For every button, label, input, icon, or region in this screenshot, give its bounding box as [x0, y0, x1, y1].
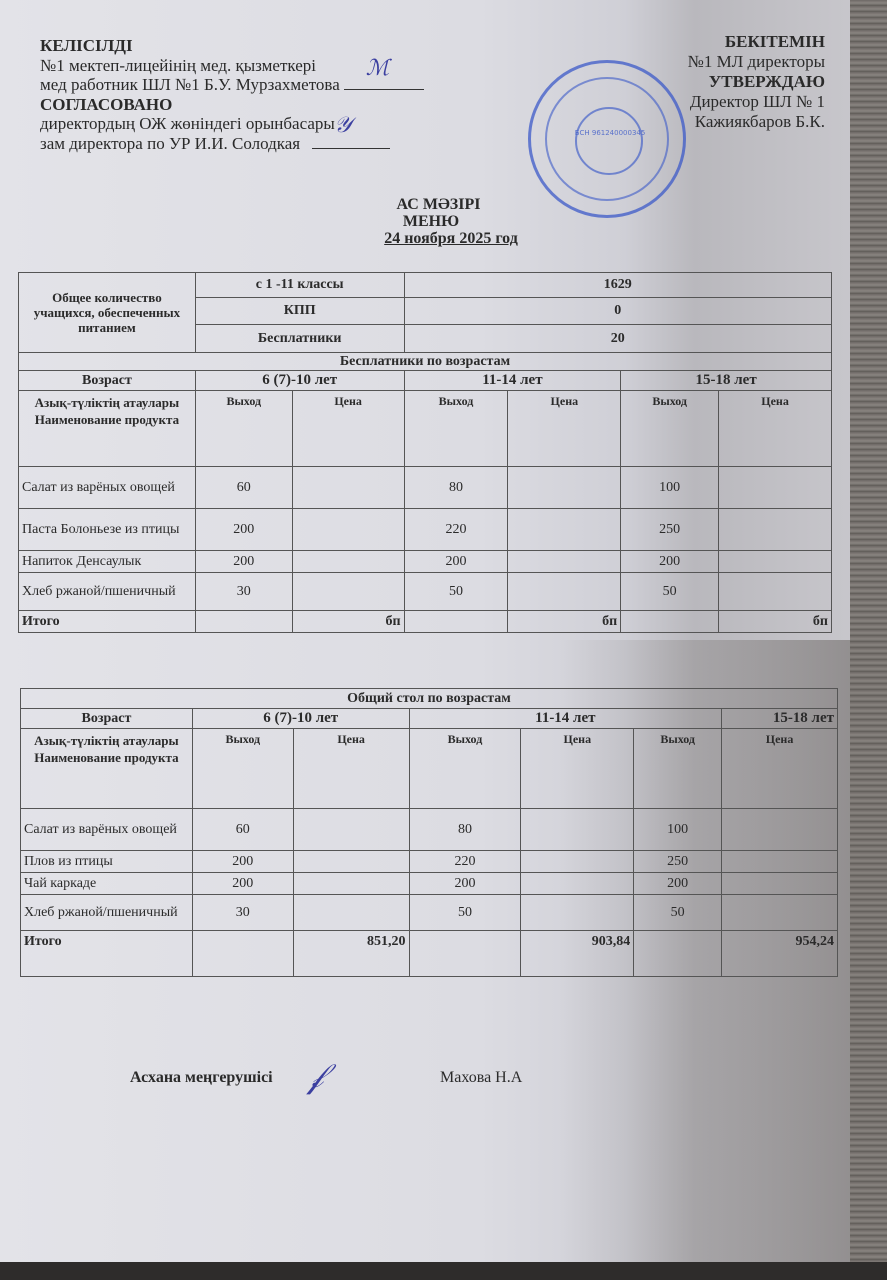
output-cell: 50	[404, 573, 508, 611]
price-header: Цена	[719, 391, 832, 467]
output-cell: 200	[634, 873, 722, 895]
director-line-kz: №1 МЛ директоры	[688, 52, 825, 72]
canteen-manager-label: Асхана меңгерушісі	[130, 1069, 273, 1087]
output-cell: 200	[404, 551, 508, 573]
product-name: Напиток Денсаулык	[19, 551, 196, 573]
price-header: Цена	[508, 391, 621, 467]
total-cell	[404, 611, 508, 633]
output-cell: 200	[409, 873, 521, 895]
price-cell	[521, 809, 634, 851]
output-cell: 60	[195, 467, 292, 509]
price-cell	[719, 551, 832, 573]
approval-block-left: КЕЛІСІЛДІ №1 мектеп-лицейінің мед. қызме…	[40, 36, 424, 153]
approve-title-kz: БЕКІТЕМІН	[688, 32, 825, 52]
product-name: Хлеб ржаной/пшеничный	[21, 895, 193, 931]
summary-row-label: с 1 -11 классы	[195, 273, 404, 298]
price-cell	[508, 573, 621, 611]
output-header: Выход	[621, 391, 719, 467]
price-cell	[292, 509, 404, 551]
total-cell: 954,24	[722, 931, 838, 977]
product-name: Салат из варёных овощей	[19, 467, 196, 509]
product-name-header: Азық-түліктің атаулары Наименование прод…	[19, 391, 196, 467]
output-header: Выход	[192, 729, 293, 809]
price-cell	[292, 573, 404, 611]
age-label: Возраст	[21, 709, 193, 729]
output-cell: 220	[404, 509, 508, 551]
price-cell	[521, 895, 634, 931]
total-cell	[621, 611, 719, 633]
table-row: Плов из птицы200220250	[21, 851, 838, 873]
price-cell	[292, 467, 404, 509]
summary-row-value: 20	[404, 325, 831, 353]
menu-title: АС МӘЗІРІ МЕНЮ 24 ноября 2025 год	[0, 196, 887, 247]
age-group-header: 6 (7)-10 лет	[195, 371, 404, 391]
output-cell: 200	[192, 851, 293, 873]
product-name: Паста Болоньезе из птицы	[19, 509, 196, 551]
menu-date: 24 ноября 2025 год	[15, 230, 887, 247]
age-group-header: 15-18 лет	[722, 709, 838, 729]
canteen-manager-name: Махова Н.А	[440, 1069, 522, 1087]
output-cell: 80	[404, 467, 508, 509]
price-cell	[719, 467, 832, 509]
output-cell: 30	[195, 573, 292, 611]
age-group-header: 6 (7)-10 лет	[192, 709, 409, 729]
price-cell	[293, 851, 409, 873]
menu-title-kz: АС МӘЗІРІ	[0, 196, 887, 213]
agreed-title-kz: КЕЛІСІЛДІ	[40, 36, 424, 56]
output-header: Выход	[195, 391, 292, 467]
product-name: Чай каркаде	[21, 873, 193, 895]
table-row: Напиток Денсаулык200200200	[19, 551, 832, 573]
price-header: Цена	[521, 729, 634, 809]
output-cell: 50	[409, 895, 521, 931]
official-seal-stamp-icon: БСН 961240000345	[528, 60, 686, 218]
students-count-label: Общее количество учащихся, обеспеченных …	[19, 273, 196, 353]
total-cell	[409, 931, 521, 977]
director-name: Кажиякбаров Б.К.	[688, 112, 825, 132]
price-cell	[293, 873, 409, 895]
table-row: Паста Болоньезе из птицы200220250	[19, 509, 832, 551]
price-cell	[719, 509, 832, 551]
price-cell	[722, 809, 838, 851]
med-worker-line-ru: мед работник ШЛ №1 Б.У. Мурзахметоваℳ	[40, 75, 424, 95]
deputy-line-kz: директордың ОЖ жөніндегі орынбасары	[40, 114, 424, 134]
output-cell: 50	[634, 895, 722, 931]
total-cell: бп	[719, 611, 832, 633]
output-cell: 250	[621, 509, 719, 551]
total-cell	[192, 931, 293, 977]
output-cell: 50	[621, 573, 719, 611]
age-group-header: 11-14 лет	[404, 371, 621, 391]
output-cell: 30	[192, 895, 293, 931]
output-cell: 200	[195, 509, 292, 551]
output-cell: 200	[195, 551, 292, 573]
general-table-title: Общий стол по возрастам	[21, 689, 838, 709]
price-header: Цена	[292, 391, 404, 467]
total-label: Итого	[19, 611, 196, 633]
price-cell	[722, 873, 838, 895]
price-cell	[293, 895, 409, 931]
total-cell: 903,84	[521, 931, 634, 977]
output-header: Выход	[404, 391, 508, 467]
general-meals-table: Общий стол по возрастам Возраст 6 (7)-10…	[20, 688, 838, 977]
table-row: Салат из варёных овощей6080100	[21, 809, 838, 851]
signature-line: ℳ	[344, 75, 424, 90]
table-row: Хлеб ржаной/пшеничный305050	[21, 895, 838, 931]
signature-icon: 𝒴	[334, 116, 351, 136]
total-cell: бп	[508, 611, 621, 633]
signature-line: 𝒴	[312, 134, 390, 149]
table-row: Салат из варёных овощей6080100	[19, 467, 832, 509]
price-cell	[508, 509, 621, 551]
background-bottom	[0, 1262, 887, 1280]
free-meals-table: Общее количество учащихся, обеспеченных …	[18, 272, 832, 633]
product-name-header: Азық-түліктің атаулары Наименование прод…	[21, 729, 193, 809]
product-name: Хлеб ржаной/пшеничный	[19, 573, 196, 611]
signature-icon: ℳ	[366, 59, 390, 79]
price-cell	[293, 809, 409, 851]
output-header: Выход	[634, 729, 722, 809]
summary-row-value: 1629	[404, 273, 831, 298]
age-label: Возраст	[19, 371, 196, 391]
summary-row-value: 0	[404, 298, 831, 325]
output-cell: 100	[634, 809, 722, 851]
output-header: Выход	[409, 729, 521, 809]
free-table-title: Бесплатники по возрастам	[19, 353, 832, 371]
price-header: Цена	[722, 729, 838, 809]
director-line-ru: Директор ШЛ № 1	[688, 92, 825, 112]
price-cell	[508, 551, 621, 573]
output-cell: 100	[621, 467, 719, 509]
stamp-text: БСН 961240000345	[531, 129, 689, 137]
age-group-header: 11-14 лет	[409, 709, 722, 729]
price-header: Цена	[293, 729, 409, 809]
approval-block-right: БЕКІТЕМІН №1 МЛ директоры УТВЕРЖДАЮ Дире…	[688, 32, 825, 132]
price-cell	[508, 467, 621, 509]
total-cell	[195, 611, 292, 633]
total-label: Итого	[21, 931, 193, 977]
product-name: Плов из птицы	[21, 851, 193, 873]
menu-title-ru: МЕНЮ	[0, 213, 887, 230]
price-cell	[719, 573, 832, 611]
output-cell: 60	[192, 809, 293, 851]
signature-icon: 𝒻	[308, 1056, 323, 1096]
approve-title-ru: УТВЕРЖДАЮ	[688, 72, 825, 92]
price-cell	[521, 851, 634, 873]
summary-row-label: КПП	[195, 298, 404, 325]
output-cell: 220	[409, 851, 521, 873]
total-cell: 851,20	[293, 931, 409, 977]
agreed-title-ru: СОГЛАСОВАНО	[40, 95, 424, 115]
output-cell: 200	[192, 873, 293, 895]
total-cell	[634, 931, 722, 977]
product-name: Салат из варёных овощей	[21, 809, 193, 851]
table-row: Хлеб ржаной/пшеничный305050	[19, 573, 832, 611]
output-cell: 80	[409, 809, 521, 851]
age-group-header: 15-18 лет	[621, 371, 832, 391]
price-cell	[521, 873, 634, 895]
output-cell: 200	[621, 551, 719, 573]
summary-row-label: Бесплатники	[195, 325, 404, 353]
total-cell: бп	[292, 611, 404, 633]
price-cell	[722, 851, 838, 873]
output-cell: 250	[634, 851, 722, 873]
table-row: Чай каркаде200200200	[21, 873, 838, 895]
background-edge	[850, 0, 887, 1280]
price-cell	[292, 551, 404, 573]
deputy-line-ru: зам директора по УР И.И. Солодкая𝒴	[40, 134, 424, 154]
price-cell	[722, 895, 838, 931]
